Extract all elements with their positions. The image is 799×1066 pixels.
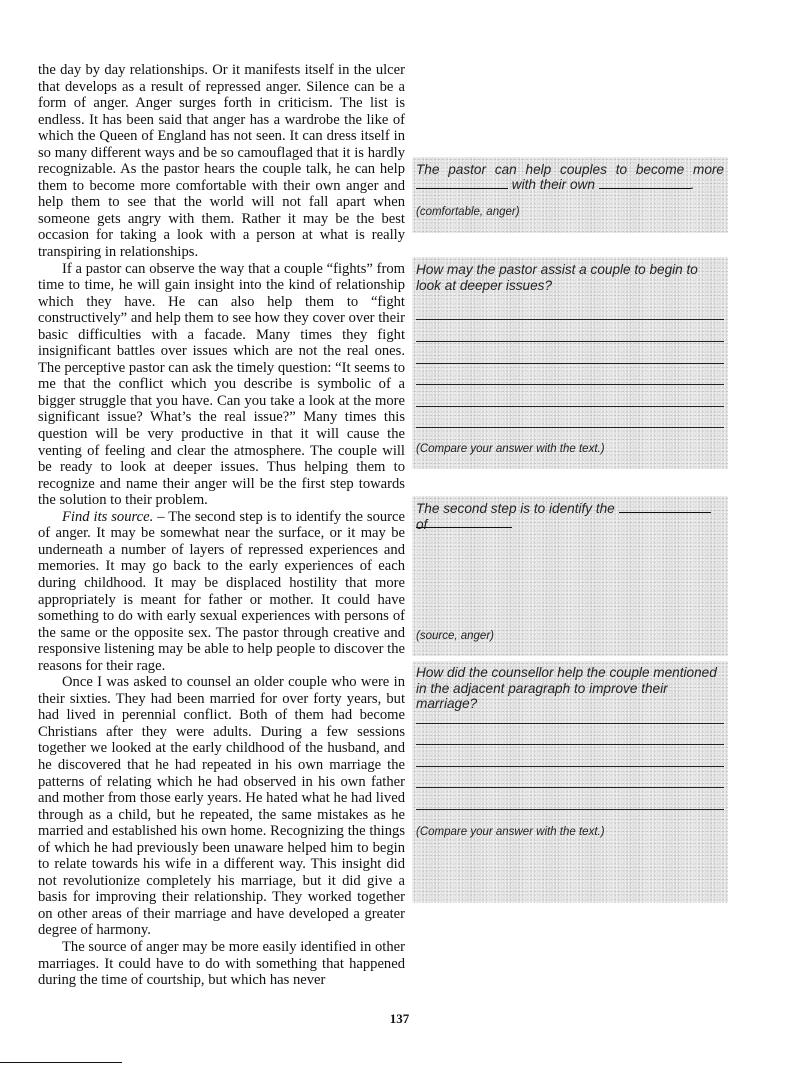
fill-in-question-1-line-2: with their own . xyxy=(416,177,724,193)
answer-line[interactable] xyxy=(416,341,724,342)
answer-line[interactable] xyxy=(416,427,724,428)
fill-in-question-3-line-2 xyxy=(416,516,724,532)
answer-line[interactable] xyxy=(416,809,724,810)
answer-line[interactable] xyxy=(416,766,724,767)
paragraph-4: Once I was asked to counsel an older cou… xyxy=(38,674,405,939)
answer-line[interactable] xyxy=(416,406,724,407)
answer-key-4: (Compare your answer with the text.) xyxy=(416,826,605,839)
answer-key-1: (comfortable, anger) xyxy=(416,206,520,219)
answer-line[interactable] xyxy=(416,744,724,745)
answer-line[interactable] xyxy=(416,384,724,385)
page-number: 137 xyxy=(0,1011,799,1027)
answer-key-3: (source, anger) xyxy=(416,630,494,643)
answer-blank[interactable] xyxy=(599,177,691,189)
main-text-column: the day by day relationships. Or it mani… xyxy=(38,62,405,989)
paragraph-2: If a pastor can observe the way that a c… xyxy=(38,261,405,509)
sidebar-question-box-2: How may the pastor assist a couple to be… xyxy=(412,257,728,469)
answer-line[interactable] xyxy=(416,723,724,724)
answer-line[interactable] xyxy=(416,319,724,320)
paragraph-3: Find its source. – The second step is to… xyxy=(38,509,405,674)
essay-question-4: How did the counsellor help the couple m… xyxy=(416,665,724,712)
sidebar-question-box-1: The pastor can help couples to become mo… xyxy=(412,157,728,233)
section-heading-find-its-source: Find its source. xyxy=(62,509,153,525)
paragraph-3-body: – The second step is to identify the sou… xyxy=(38,509,405,674)
document-page: the day by day relationships. Or it mani… xyxy=(0,0,799,1066)
answer-key-2: (Compare your answer with the text.) xyxy=(416,443,605,456)
essay-question-2: How may the pastor assist a couple to be… xyxy=(416,262,724,293)
answer-blank[interactable] xyxy=(619,501,711,513)
sidebar-question-box-4: How did the counsellor help the couple m… xyxy=(412,661,728,903)
answer-line[interactable] xyxy=(416,787,724,788)
footer-rule xyxy=(0,1062,122,1063)
paragraph-5: The source of anger may be more easily i… xyxy=(38,939,405,989)
sidebar-question-box-3: The second step is to identify the of (s… xyxy=(412,496,728,656)
paragraph-1: the day by day relationships. Or it mani… xyxy=(38,62,405,261)
answer-line[interactable] xyxy=(416,363,724,364)
fill-in-question-1: The pastor can help couples to become mo… xyxy=(416,162,724,178)
answer-blank[interactable] xyxy=(416,516,512,528)
answer-blank[interactable] xyxy=(416,177,508,189)
